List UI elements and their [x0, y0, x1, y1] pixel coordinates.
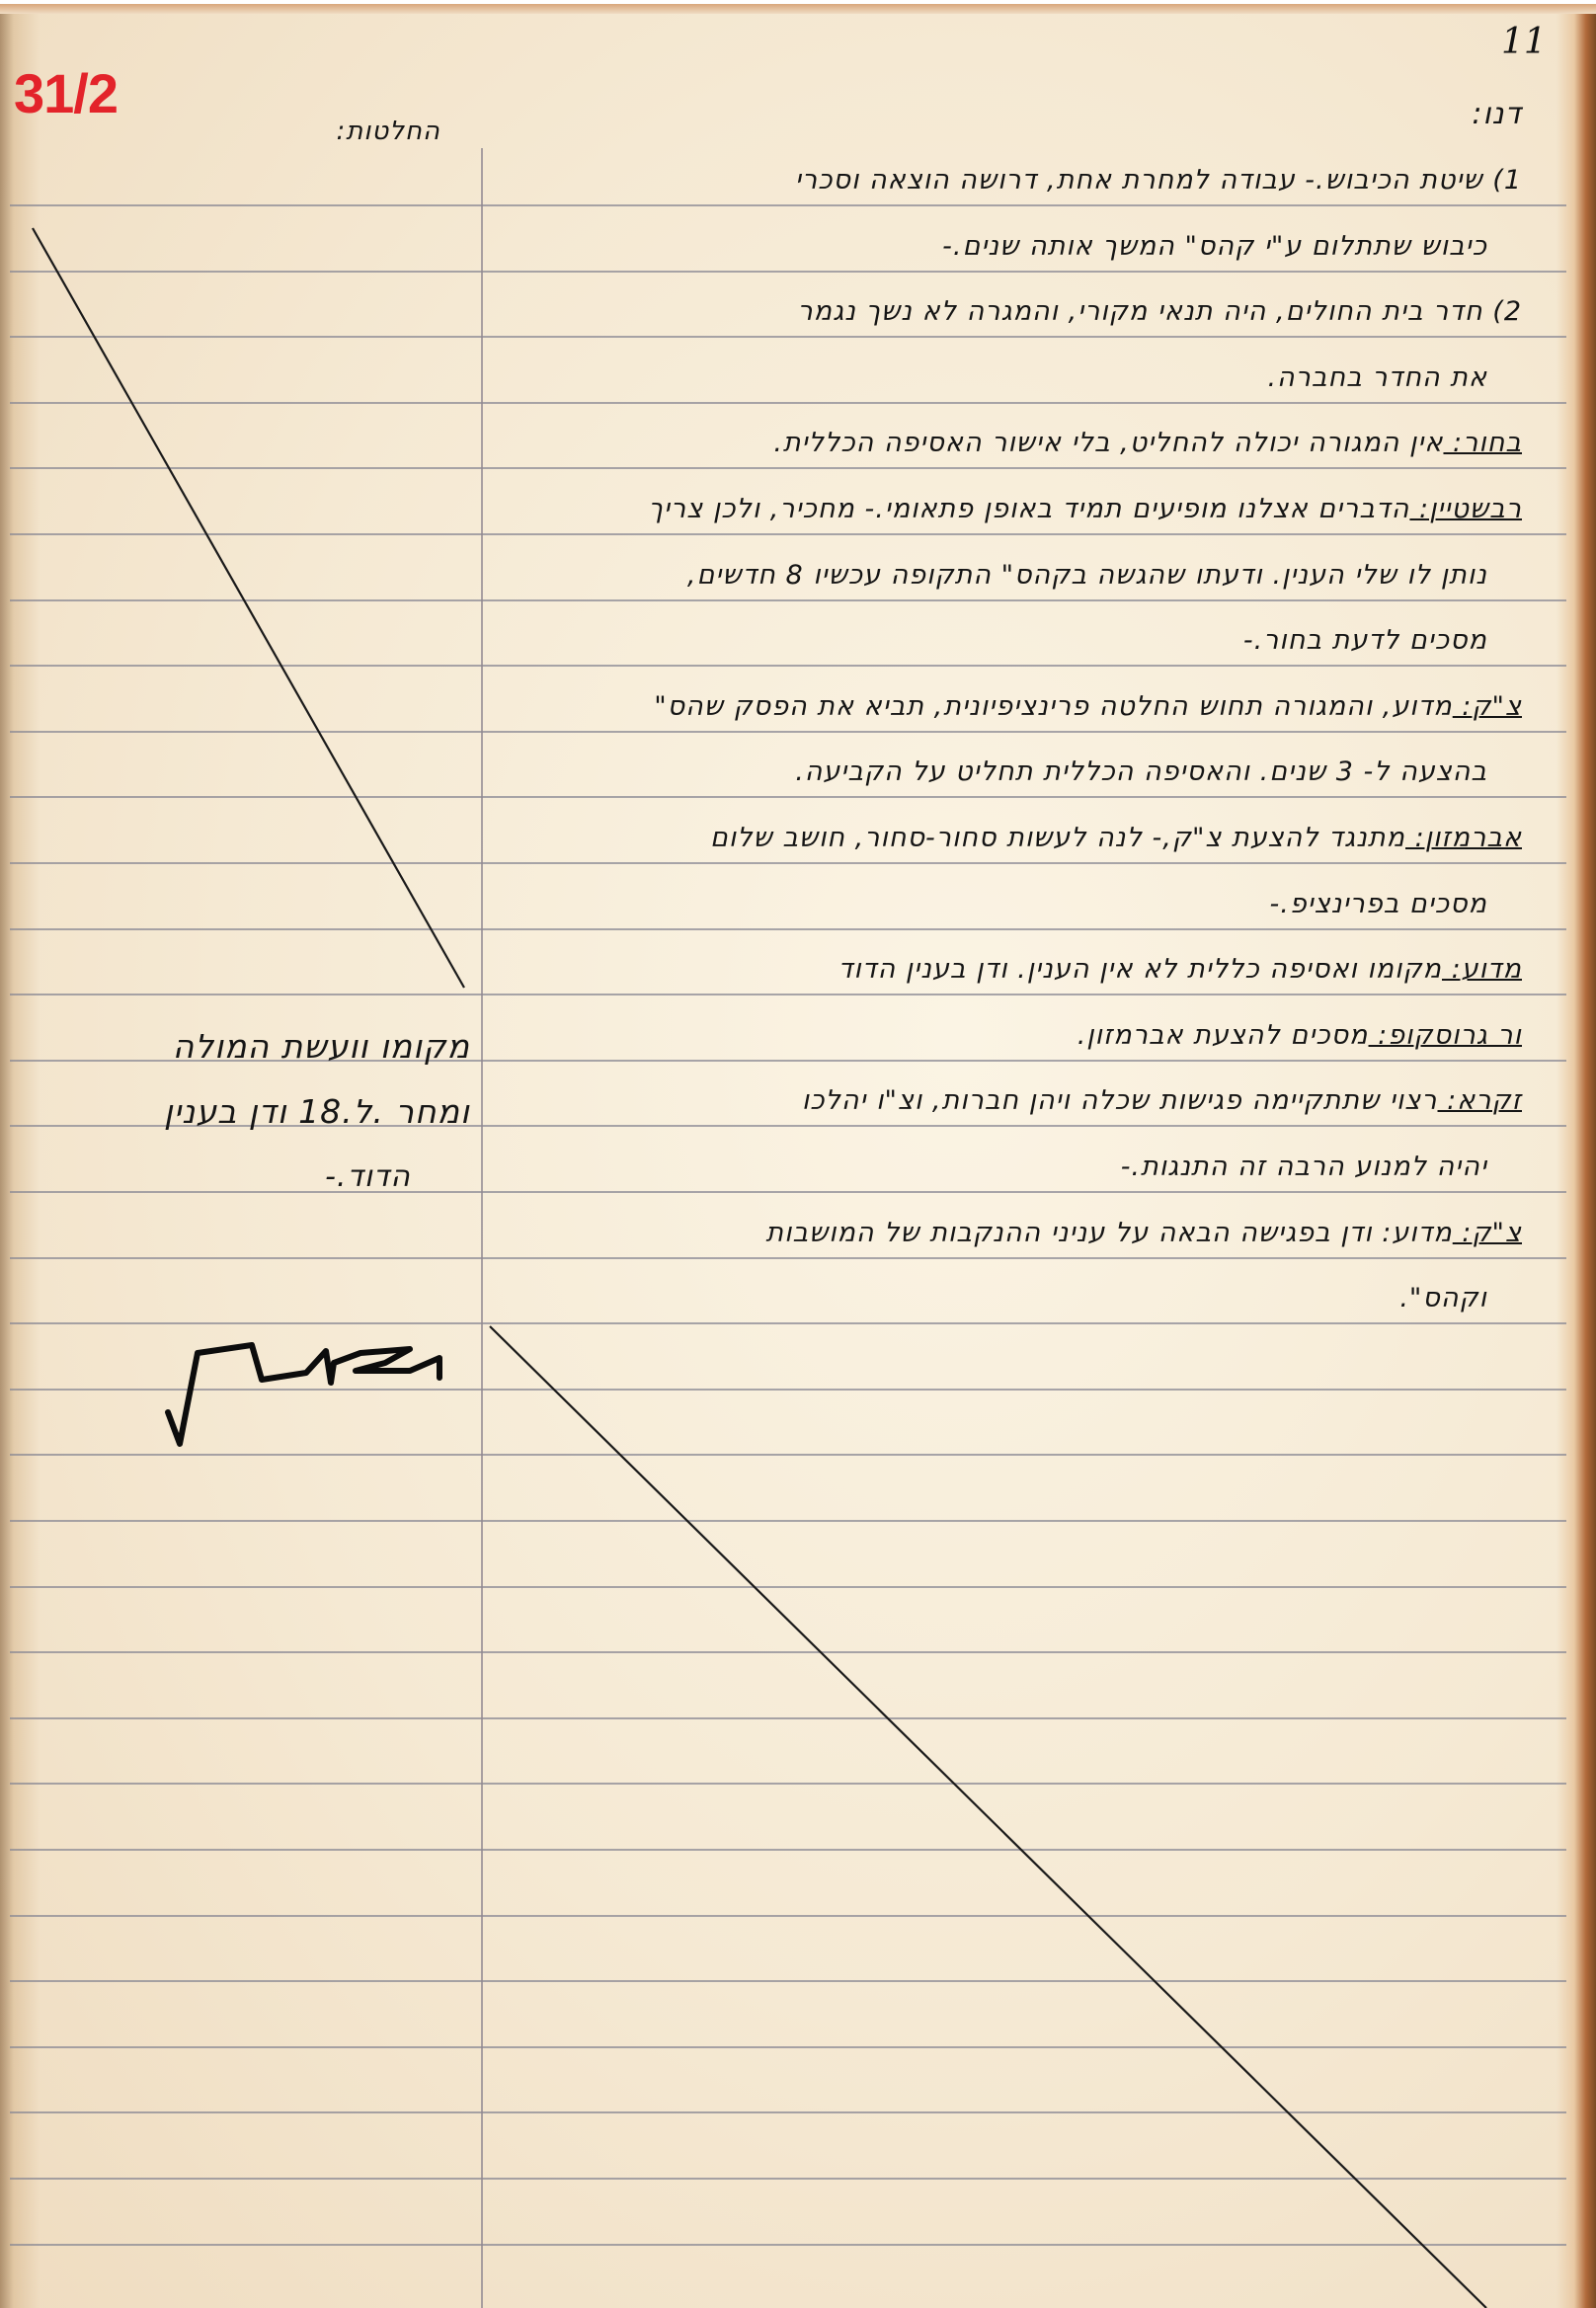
- notebook-page: 31/2 11 החלטות: מקומו וועשת המולה ומחר .…: [0, 0, 1596, 2308]
- strike-through-lines: [0, 0, 1596, 2308]
- diagonal-strike-left: [33, 228, 464, 988]
- diagonal-strike-right: [490, 1326, 1486, 2308]
